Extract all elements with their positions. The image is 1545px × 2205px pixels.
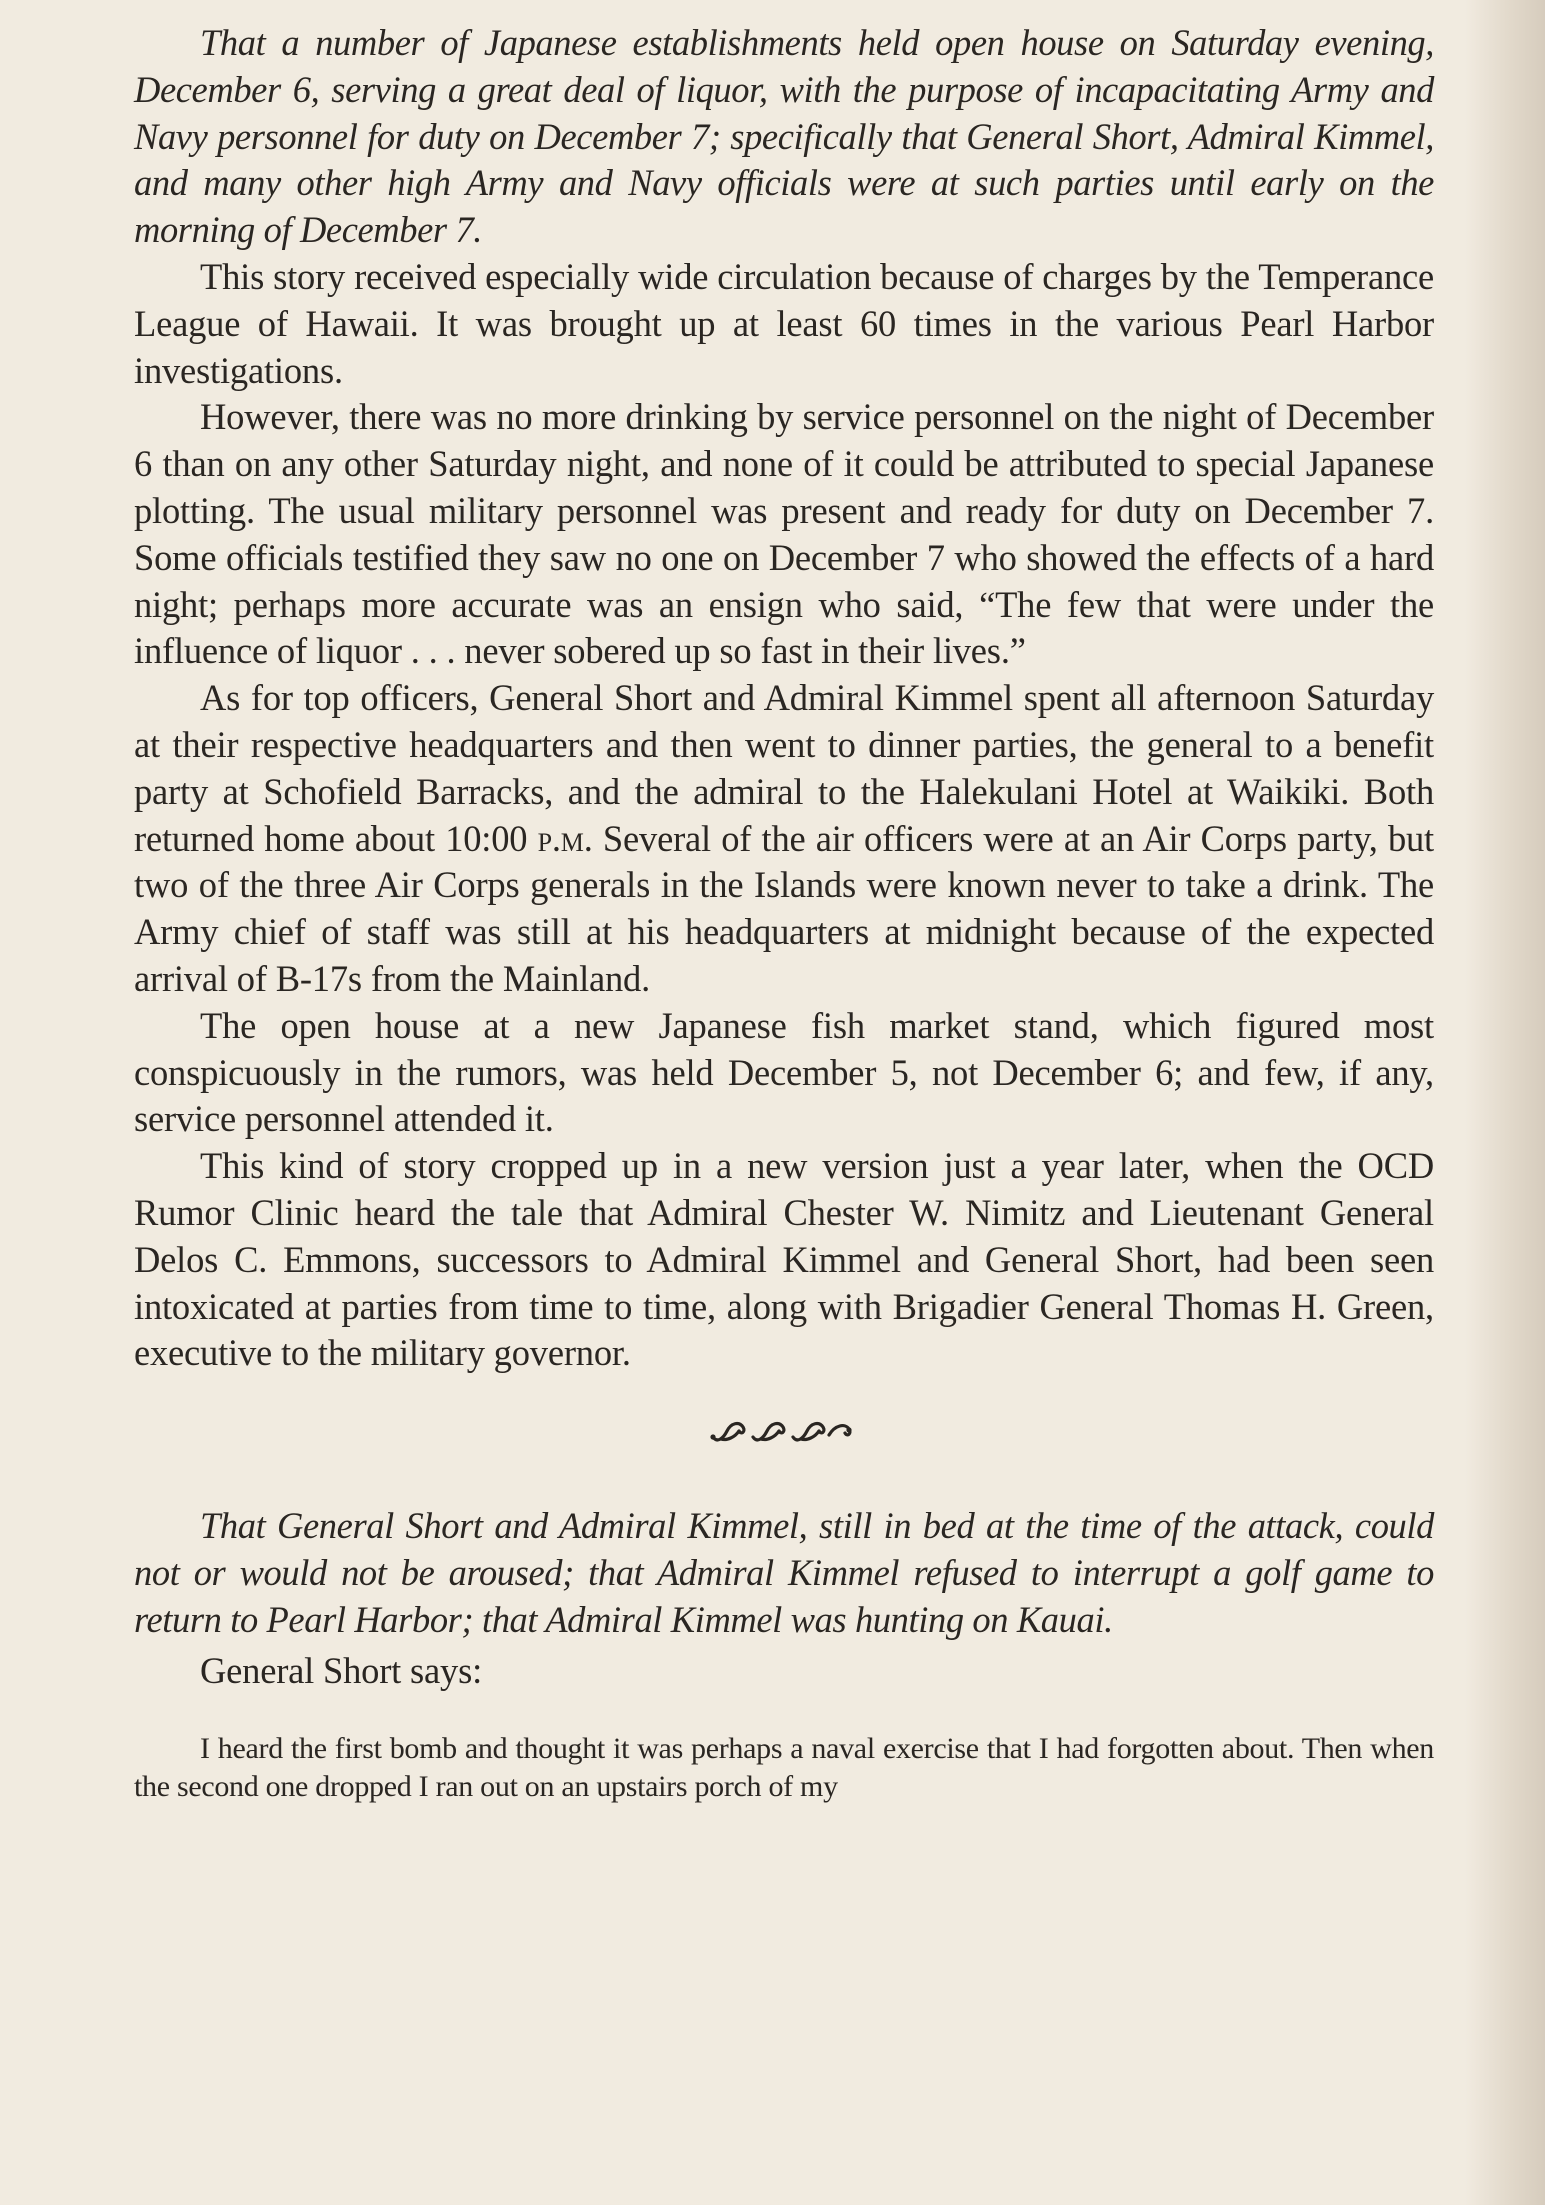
rumor-paragraph-2: That General Short and Admiral Kimmel, s…	[134, 1503, 1434, 1643]
time-suffix: p.m.	[538, 818, 593, 859]
body-paragraph-circulation: This story received especially wide circ…	[134, 254, 1434, 394]
book-page: That a number of Japanese establishments…	[134, 20, 1434, 1806]
page-edge-shadow	[1465, 0, 1545, 2205]
section-divider-ornament	[134, 1417, 1434, 1447]
scroll-ornament-icon	[709, 1417, 859, 1445]
rumor-paragraph-1: That a number of Japanese establishments…	[134, 20, 1434, 254]
body-paragraph-ocd-rumor-clinic: This kind of story cropped up in a new v…	[134, 1143, 1434, 1377]
body-paragraph-top-officers: As for top officers, General Short and A…	[134, 675, 1434, 1003]
body-paragraph-fish-market: The open house at a new Japanese fish ma…	[134, 1003, 1434, 1143]
block-quote: I heard the first bomb and thought it wa…	[134, 1730, 1434, 1806]
attribution-line: General Short says:	[134, 1648, 1434, 1695]
body-paragraph-drinking: However, there was no more drinking by s…	[134, 394, 1434, 675]
